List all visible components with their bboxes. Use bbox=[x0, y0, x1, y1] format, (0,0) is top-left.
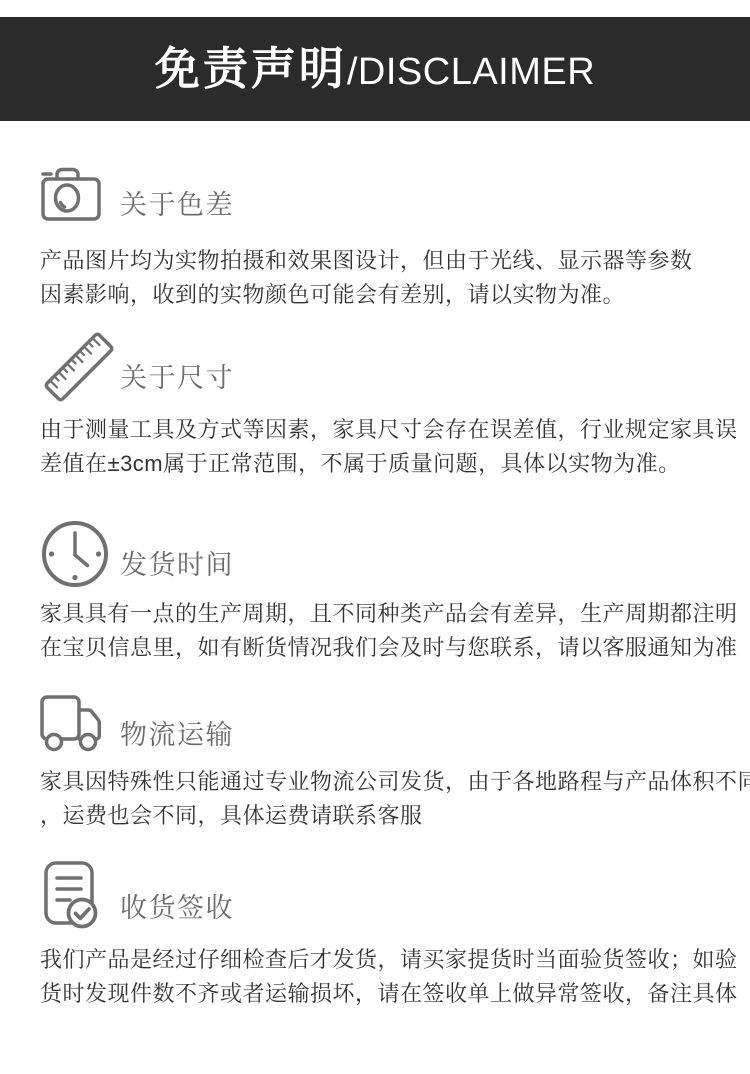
disclaimer-page: 免责声明/DISCLAIMER 关于色差 产品图片均为实物拍摄和效果图设计，但由… bbox=[0, 0, 750, 1074]
section-heading: 收货签收 bbox=[120, 886, 234, 925]
document-check-icon bbox=[40, 861, 120, 933]
section-heading: 关于尺寸 bbox=[120, 356, 234, 395]
section-dimensions-head: 关于尺寸 bbox=[40, 328, 234, 406]
clock-icon bbox=[40, 519, 120, 589]
paragraph-line: 家具因特殊性只能通过专业物流公司发货，由于各地路程与产品体积不同 bbox=[40, 765, 750, 799]
ruler-icon bbox=[40, 328, 120, 406]
disclaimer-header: 免责声明/DISCLAIMER bbox=[0, 17, 750, 121]
section-receipt-head: 收货签收 bbox=[40, 858, 234, 936]
section-heading: 关于色差 bbox=[120, 183, 234, 222]
header-title-en: /DISCLAIMER bbox=[347, 46, 595, 98]
paragraph-line: 差值在±3cm属于正常范围，不属于质量问题，具体以实物为准。 bbox=[40, 447, 738, 481]
paragraph-line: 由于测量工具及方式等因素，家具尺寸会存在误差值，行业规定家具误 bbox=[40, 413, 738, 447]
section-color-difference-body: 产品图片均为实物拍摄和效果图设计，但由于光线、显示器等参数 因素影响，收到的实物… bbox=[40, 244, 693, 312]
section-color-difference-head: 关于色差 bbox=[40, 155, 234, 233]
paragraph-line: 产品图片均为实物拍摄和效果图设计，但由于光线、显示器等参数 bbox=[40, 244, 693, 278]
section-dimensions-body: 由于测量工具及方式等因素，家具尺寸会存在误差值，行业规定家具误 差值在±3cm属… bbox=[40, 413, 738, 481]
paragraph-line: ，运费也会不同，具体运费请联系客服 bbox=[40, 799, 750, 833]
paragraph-line: 因素影响，收到的实物颜色可能会有差别，请以实物为准。 bbox=[40, 278, 693, 312]
section-logistics-head: 物流运输 bbox=[40, 685, 234, 763]
paragraph-line: 我们产品是经过仔细检查后才发货，请买家提货时当面验货签收；如验 bbox=[40, 943, 738, 977]
header-title: 免责声明/DISCLAIMER bbox=[155, 43, 595, 98]
section-heading: 发货时间 bbox=[120, 543, 234, 582]
section-heading: 物流运输 bbox=[120, 713, 234, 752]
paragraph-line: 在宝贝信息里，如有断货情况我们会及时与您联系，请以客服通知为准 bbox=[40, 631, 738, 665]
paragraph-line: 家具具有一点的生产周期，且不同种类产品会有差异，生产周期都注明 bbox=[40, 597, 738, 631]
paragraph-line: 货时发现件数不齐或者运输损坏，请在签收单上做异常签收，备注具体 bbox=[40, 977, 738, 1011]
section-shipping-time-head: 发货时间 bbox=[40, 515, 234, 593]
camera-icon bbox=[40, 166, 120, 222]
section-receipt-body: 我们产品是经过仔细检查后才发货，请买家提货时当面验货签收；如验 货时发现件数不齐… bbox=[40, 943, 738, 1011]
section-shipping-time-body: 家具具有一点的生产周期，且不同种类产品会有差异，生产周期都注明 在宝贝信息里，如… bbox=[40, 597, 738, 665]
header-title-zh: 免责声明 bbox=[155, 43, 347, 95]
truck-icon bbox=[40, 695, 120, 753]
section-logistics-body: 家具因特殊性只能通过专业物流公司发货，由于各地路程与产品体积不同 ，运费也会不同… bbox=[40, 765, 750, 833]
